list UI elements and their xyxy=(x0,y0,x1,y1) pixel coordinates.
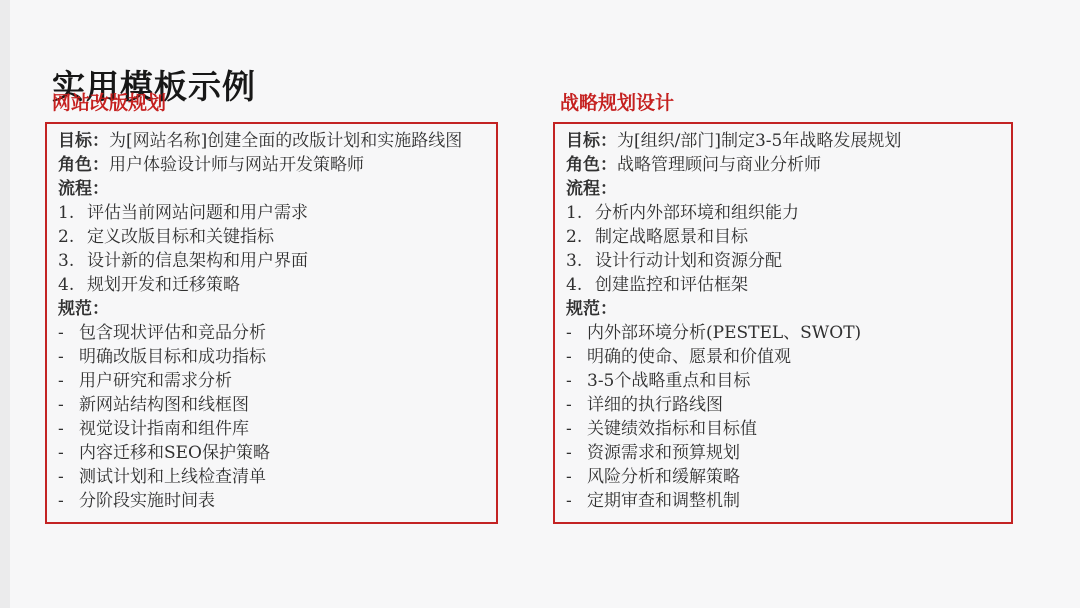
step-text: 创建监控和评估框架 xyxy=(595,275,748,295)
goal-line: 目标：为[网站名称]创建全面的改版计划和实施路线图 xyxy=(58,129,488,153)
role-text: 用户体验设计师与网站开发策略师 xyxy=(109,155,364,175)
goal-label: 目标： xyxy=(58,131,109,151)
spec-text: 测试计划和上线检查清单 xyxy=(79,467,266,487)
spec-text: 内外部环境分析(PESTEL、SWOT) xyxy=(587,323,861,343)
step-text: 设计新的信息架构和用户界面 xyxy=(87,251,308,271)
role-text: 战略管理顾问与商业分析师 xyxy=(617,155,821,175)
process-step: 3.设计新的信息架构和用户界面 xyxy=(58,249,488,273)
step-marker: 2. xyxy=(566,225,586,249)
spec-item: -关键绩效指标和目标值 xyxy=(566,417,1003,441)
step-text: 规划开发和迁移策略 xyxy=(87,275,240,295)
card-box: 目标：为[网站名称]创建全面的改版计划和实施路线图 角色：用户体验设计师与网站开… xyxy=(45,122,498,524)
slide-left-edge xyxy=(0,0,10,608)
spec-item: -新网站结构图和线框图 xyxy=(58,393,488,417)
spec-text: 资源需求和预算规划 xyxy=(587,443,740,463)
spec-marker: - xyxy=(566,417,576,441)
spec-marker: - xyxy=(566,489,576,513)
spec-text: 定期审查和调整机制 xyxy=(587,491,740,511)
step-text: 评估当前网站问题和用户需求 xyxy=(87,203,308,223)
step-marker: 1. xyxy=(58,201,78,225)
spec-marker: - xyxy=(566,321,576,345)
spec-marker: - xyxy=(58,321,68,345)
spec-marker: - xyxy=(566,441,576,465)
process-step: 1.评估当前网站问题和用户需求 xyxy=(58,201,488,225)
spec-item: -3-5个战略重点和目标 xyxy=(566,369,1003,393)
spec-item: -资源需求和预算规划 xyxy=(566,441,1003,465)
card-heading-strategic-planning: 战略规划设计 xyxy=(560,93,1013,115)
spec-item: -定期审查和调整机制 xyxy=(566,489,1003,513)
spec-text: 新网站结构图和线框图 xyxy=(79,395,249,415)
step-marker: 3. xyxy=(58,249,78,273)
spec-items: -包含现状评估和竞品分析-明确改版目标和成功指标-用户研究和需求分析-新网站结构… xyxy=(58,321,488,513)
process-label: 流程： xyxy=(58,177,488,201)
spec-marker: - xyxy=(566,465,576,489)
spec-text: 详细的执行路线图 xyxy=(587,395,723,415)
card-heading-website-redesign: 网站改版规划 xyxy=(52,93,498,115)
spec-marker: - xyxy=(58,345,68,369)
goal-label: 目标： xyxy=(566,131,617,151)
spec-marker: - xyxy=(58,465,68,489)
step-text: 设计行动计划和资源分配 xyxy=(595,251,782,271)
process-step: 2.定义改版目标和关键指标 xyxy=(58,225,488,249)
process-label: 流程： xyxy=(566,177,1003,201)
process-step: 2.制定战略愿景和目标 xyxy=(566,225,1003,249)
role-line: 角色：战略管理顾问与商业分析师 xyxy=(566,153,1003,177)
goal-line: 目标：为[组织/部门]制定3-5年战略发展规划 xyxy=(566,129,1003,153)
process-step: 4.规划开发和迁移策略 xyxy=(58,273,488,297)
spec-item: -风险分析和缓解策略 xyxy=(566,465,1003,489)
spec-item: -详细的执行路线图 xyxy=(566,393,1003,417)
step-marker: 1. xyxy=(566,201,586,225)
spec-label: 规范： xyxy=(58,297,488,321)
goal-text: 为[组织/部门]制定3-5年战略发展规划 xyxy=(617,131,901,151)
spec-marker: - xyxy=(566,369,576,393)
spec-item: -明确的使命、愿景和价值观 xyxy=(566,345,1003,369)
spec-marker: - xyxy=(58,417,68,441)
process-step: 1.分析内外部环境和组织能力 xyxy=(566,201,1003,225)
spec-marker: - xyxy=(58,369,68,393)
template-card-website-redesign: 网站改版规划 目标：为[网站名称]创建全面的改版计划和实施路线图 角色：用户体验… xyxy=(45,93,498,524)
spec-text: 视觉设计指南和组件库 xyxy=(79,419,249,439)
spec-text: 风险分析和缓解策略 xyxy=(587,467,740,487)
role-line: 角色：用户体验设计师与网站开发策略师 xyxy=(58,153,488,177)
spec-label: 规范： xyxy=(566,297,1003,321)
spec-text: 用户研究和需求分析 xyxy=(79,371,232,391)
spec-text: 内容迁移和SEO保护策略 xyxy=(79,443,270,463)
step-marker: 2. xyxy=(58,225,78,249)
spec-text: 关键绩效指标和目标值 xyxy=(587,419,757,439)
spec-text: 明确改版目标和成功指标 xyxy=(79,347,266,367)
spec-marker: - xyxy=(566,345,576,369)
goal-text: 为[网站名称]创建全面的改版计划和实施路线图 xyxy=(109,131,462,151)
spec-item: -视觉设计指南和组件库 xyxy=(58,417,488,441)
step-text: 定义改版目标和关键指标 xyxy=(87,227,274,247)
spec-marker: - xyxy=(566,393,576,417)
process-step: 4.创建监控和评估框架 xyxy=(566,273,1003,297)
role-label: 角色： xyxy=(566,155,617,175)
spec-item: -用户研究和需求分析 xyxy=(58,369,488,393)
spec-text: 3-5个战略重点和目标 xyxy=(587,371,750,391)
spec-marker: - xyxy=(58,393,68,417)
spec-marker: - xyxy=(58,441,68,465)
spec-item: -包含现状评估和竞品分析 xyxy=(58,321,488,345)
spec-marker: - xyxy=(58,489,68,513)
process-step: 3.设计行动计划和资源分配 xyxy=(566,249,1003,273)
spec-item: -分阶段实施时间表 xyxy=(58,489,488,513)
spec-item: -测试计划和上线检查清单 xyxy=(58,465,488,489)
spec-text: 包含现状评估和竞品分析 xyxy=(79,323,266,343)
spec-text: 分阶段实施时间表 xyxy=(79,491,215,511)
card-box: 目标：为[组织/部门]制定3-5年战略发展规划 角色：战略管理顾问与商业分析师 … xyxy=(553,122,1013,524)
spec-item: -明确改版目标和成功指标 xyxy=(58,345,488,369)
process-steps: 1.分析内外部环境和组织能力2.制定战略愿景和目标3.设计行动计划和资源分配4.… xyxy=(566,201,1003,297)
spec-item: -内外部环境分析(PESTEL、SWOT) xyxy=(566,321,1003,345)
step-marker: 3. xyxy=(566,249,586,273)
process-steps: 1.评估当前网站问题和用户需求2.定义改版目标和关键指标3.设计新的信息架构和用… xyxy=(58,201,488,297)
step-text: 制定战略愿景和目标 xyxy=(595,227,748,247)
step-marker: 4. xyxy=(566,273,586,297)
step-marker: 4. xyxy=(58,273,78,297)
spec-text: 明确的使命、愿景和价值观 xyxy=(587,347,791,367)
template-card-strategic-planning: 战略规划设计 目标：为[组织/部门]制定3-5年战略发展规划 角色：战略管理顾问… xyxy=(553,93,1013,524)
role-label: 角色： xyxy=(58,155,109,175)
step-text: 分析内外部环境和组织能力 xyxy=(595,203,799,223)
templates-row: 网站改版规划 目标：为[网站名称]创建全面的改版计划和实施路线图 角色：用户体验… xyxy=(45,93,1013,524)
spec-items: -内外部环境分析(PESTEL、SWOT)-明确的使命、愿景和价值观-3-5个战… xyxy=(566,321,1003,513)
spec-item: -内容迁移和SEO保护策略 xyxy=(58,441,488,465)
